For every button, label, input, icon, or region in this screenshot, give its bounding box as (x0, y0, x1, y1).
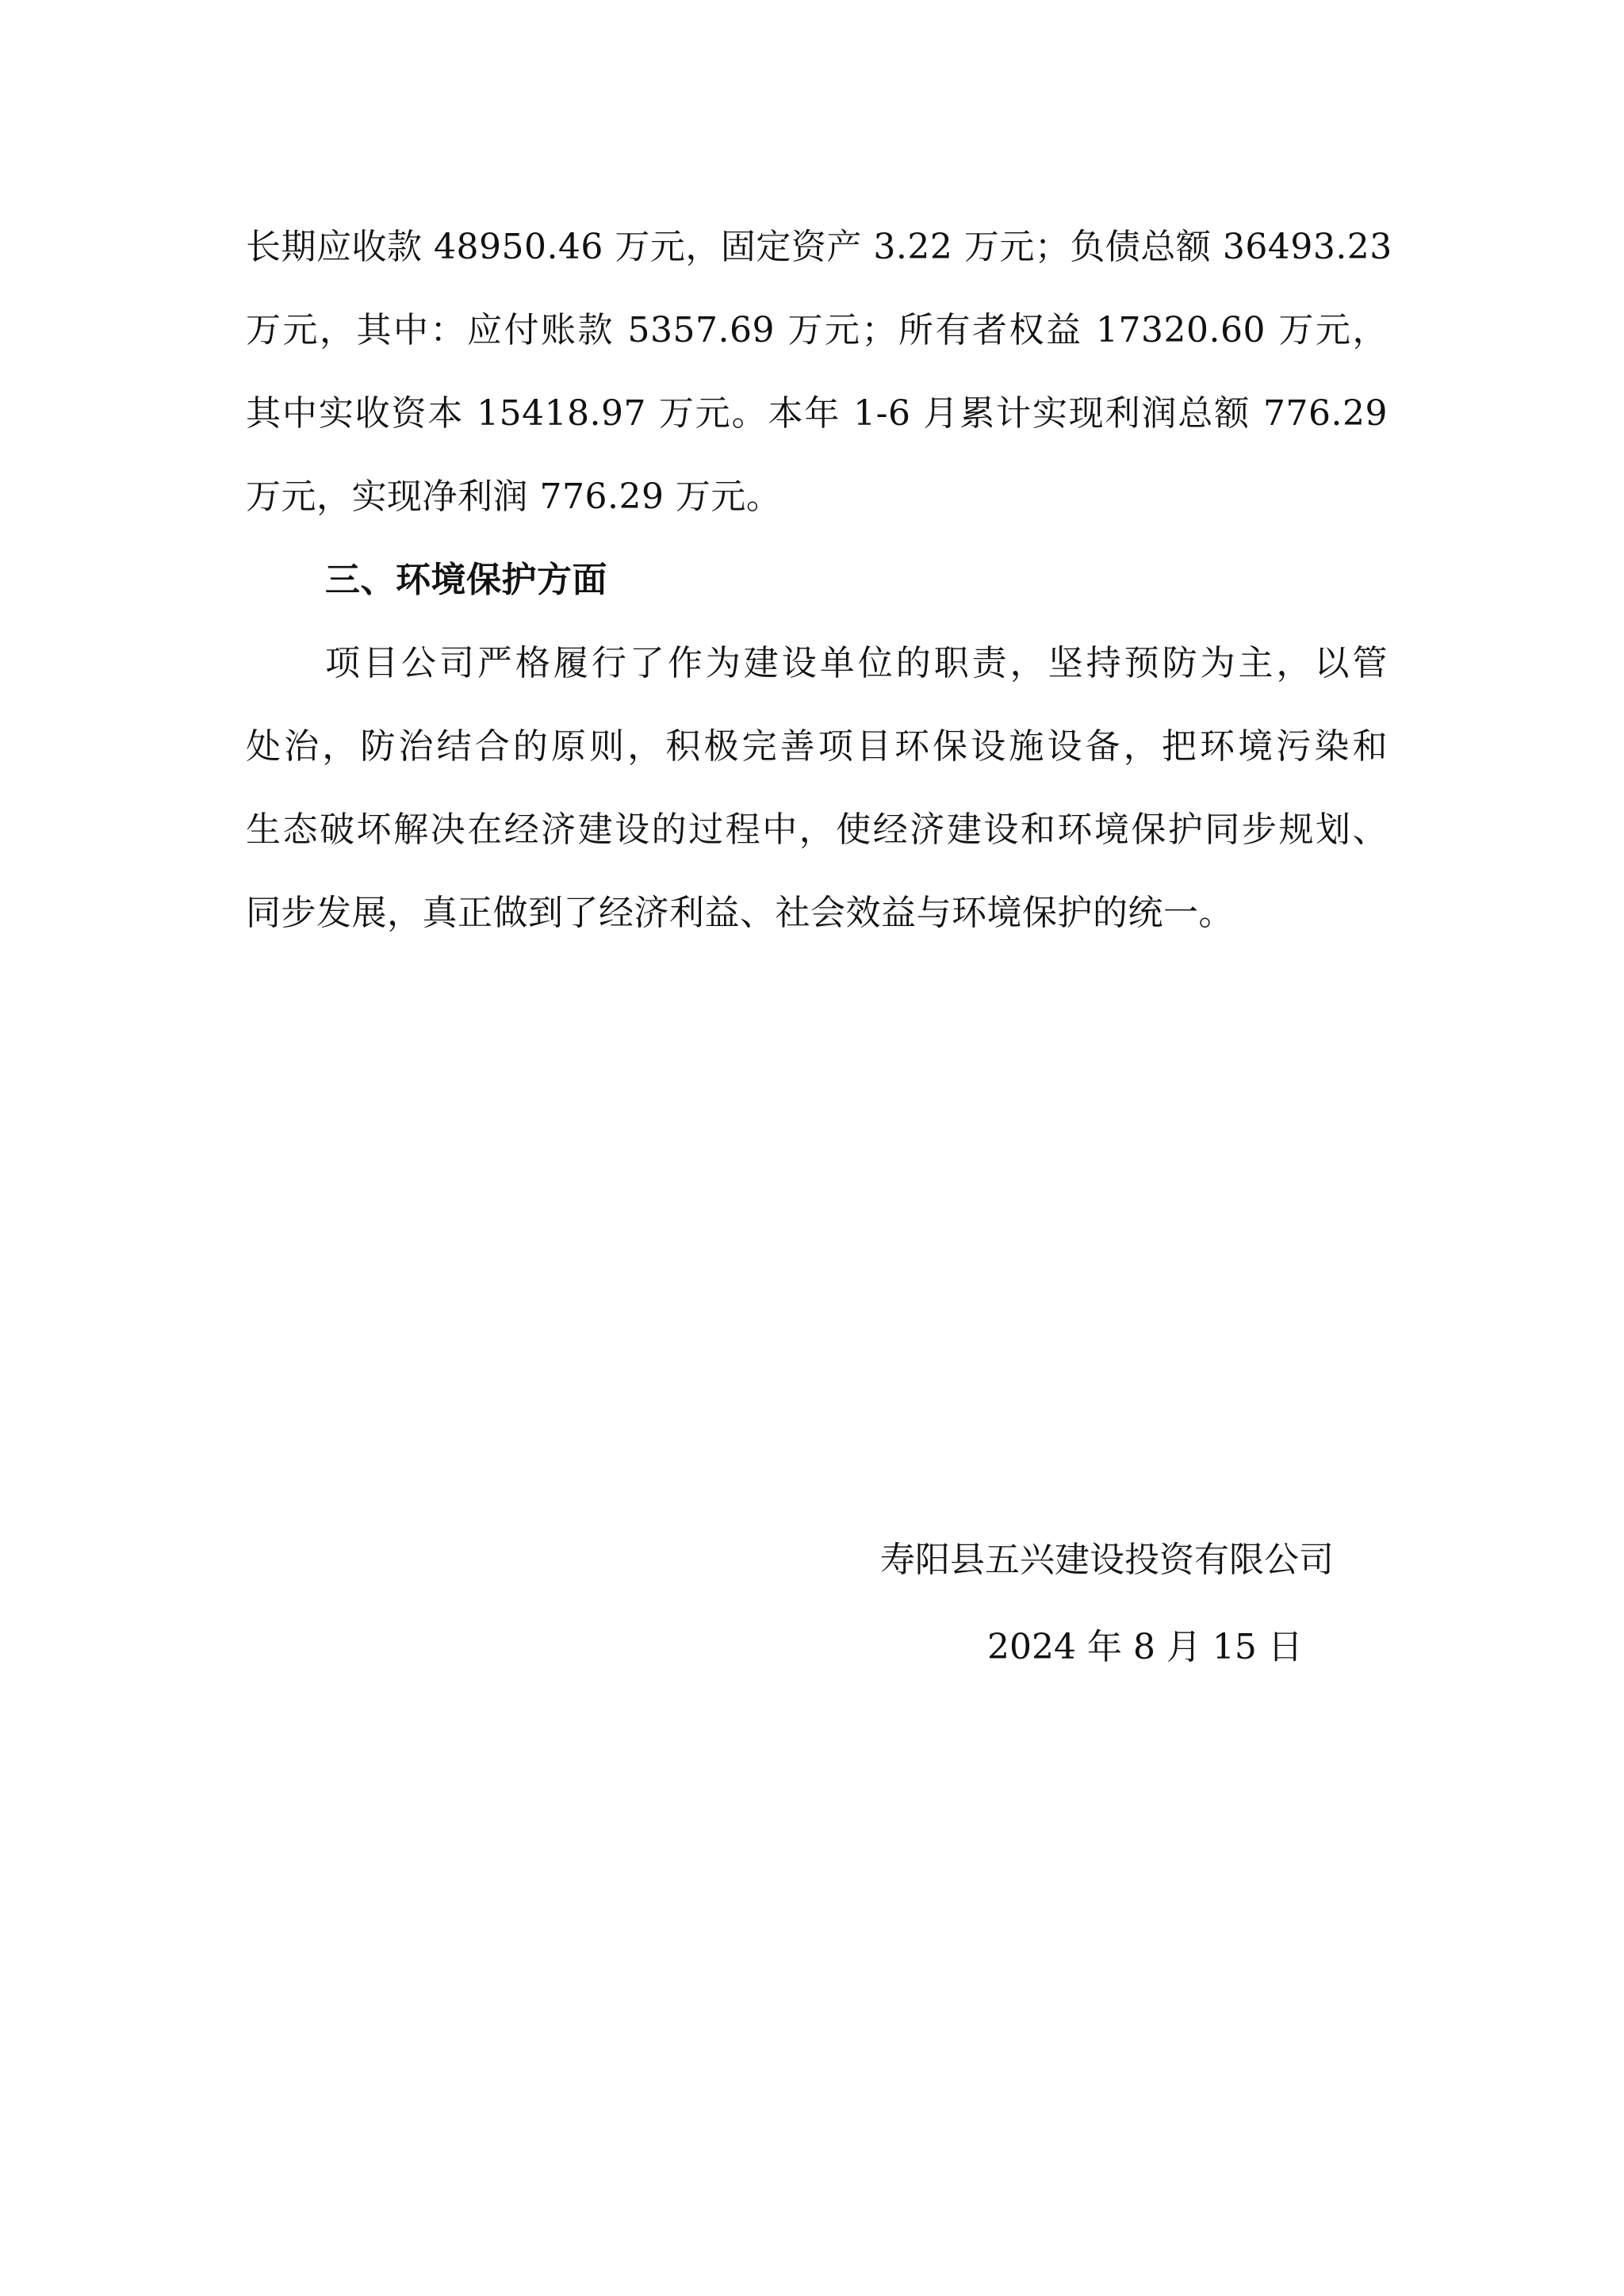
environment-paragraph-line-2: 处治，防治结合的原则，积极完善项目环保设施设备，把环境污染和 (246, 723, 1388, 771)
signature-company: 寿阳县五兴建设投资有限公司 (880, 1536, 1334, 1584)
finance-paragraph-line-1: 长期应收款 48950.46 万元，固定资产 3.22 万元；负债总额 3649… (246, 224, 1388, 271)
finance-paragraph-line-3: 其中实收资本 15418.97 万元。本年 1-6 月累计实现利润总额 776.… (246, 390, 1388, 438)
finance-paragraph-line-4: 万元，实现净利润 776.29 万元。 (246, 473, 781, 521)
environment-paragraph-line-4: 同步发展，真正做到了经济利益、社会效益与环境保护的统一。 (246, 890, 1234, 937)
finance-paragraph-line-2: 万元，其中：应付账款 5357.69 万元；所有者权益 17320.60 万元， (246, 307, 1388, 354)
document-page: 长期应收款 48950.46 万元，固定资产 3.22 万元；负债总额 3649… (0, 0, 1624, 2296)
signature-date: 2024 年 8 月 15 日 (987, 1624, 1303, 1671)
environment-paragraph-line-1: 项目公司严格履行了作为建设单位的职责，坚持预防为主，以管 (325, 640, 1388, 687)
environment-paragraph-line-3: 生态破坏解决在经济建设的过程中，使经济建设和环境保护同步规划、 (246, 806, 1388, 854)
section-heading-environment: 三、环境保护方面 (325, 557, 607, 604)
